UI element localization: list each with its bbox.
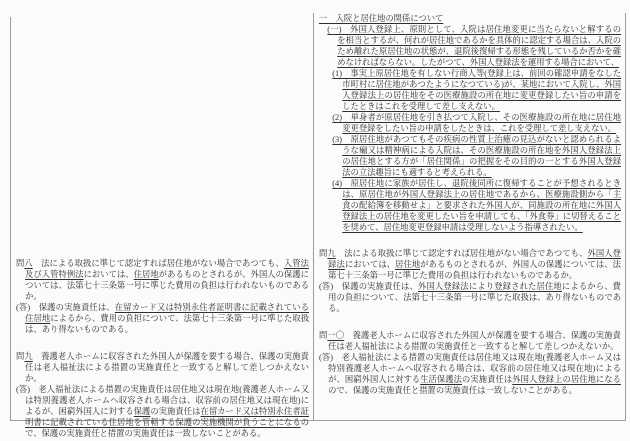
text-segment: 法による取扱に準じて認定すれば居住地がない場合であつても、 xyxy=(336,249,588,258)
answer-9-right: (答) 保護の実施責任は、外国人登録法により登録された居住地によるから、費用の負… xyxy=(319,281,621,314)
left-border-rule xyxy=(10,17,11,421)
question-9-left: 問九 養護老人ホームに収容された外国人が保護を要する場合、保護の実施責任は老人福… xyxy=(16,351,309,384)
answer-8: (答) 保護の実施責任は、在留カード又は特別永住者証明書に記載されている住居地に… xyxy=(16,302,309,335)
underlined-revision-text: 居住地 xyxy=(395,260,420,269)
underlined-revision-text: (2) 単身者が原居住地を引き払つて入院し、その医療施設の所在地に居住地変更登録… xyxy=(332,113,621,133)
underlined-revision-text: (1) 事実上原居住地を有しない行商人等(登録上は、前回の確認申請をなした市町村… xyxy=(332,69,621,111)
section-heading: 一 入院と居住地の関係について xyxy=(319,13,621,24)
item-3: (3) 原居住地があつてもその疾病の性質上治癒の見込がないと認められるような癩又… xyxy=(319,134,621,178)
item-2: (2) 単身者が原居住地を引き払つて入院し、その医療施設の所在地に居住地変更登録… xyxy=(319,112,621,134)
underlined-revision-text: 生活保護法 xyxy=(420,375,462,384)
item-4: (4) 原居住地に家族が居住し、退院後同所に復帰することが予想されるときは、原居… xyxy=(319,178,621,233)
item-ichi: (一) 外国人登録上、原則として、入院は居住地変更に当たらないと解するのを相当と… xyxy=(319,24,621,68)
text-segment: (答) 保護の実施責任は、 xyxy=(319,282,418,291)
text-segment: においては、 xyxy=(345,260,395,269)
underlined-revision-text: 外国人登録法により登録された居住地 xyxy=(418,282,562,291)
text-segment: においては、 xyxy=(84,270,134,279)
question-9-right: 問九 法による取扱に準じて認定すれば居住地がない場合であつても、外国人登録法にお… xyxy=(319,248,621,281)
text-segment: 法による取扱に準じて認定すれば居住地がない場合であつても、 xyxy=(33,259,284,268)
underlined-revision-text: 一 入院と居住地の関係について xyxy=(319,14,443,23)
underlined-revision-text: (一) 外国人登録上、原則として、入院は居住地変更に当たらないと解するのを相当と… xyxy=(327,25,621,67)
underlined-revision-text: 住居地 xyxy=(134,270,159,279)
text-segment: の実施責任は xyxy=(462,375,512,384)
item-1: (1) 事実上原居住地を有しない行商人等(登録上は、前回の確認申請をなした市町村… xyxy=(319,68,621,112)
right-column-content: 一 入院と居住地の関係について(一) 外国人登録上、原則として、入院は居住地変更… xyxy=(319,13,621,396)
underlined-revision-text: 一〇 xyxy=(327,331,344,340)
underlined-revision-text: (3) 原居住地があつてもその疾病の性質上治癒の見込がないと認められるような癩又… xyxy=(332,135,621,177)
answer-9-left: (答) 老人福祉法による措置の実施責任は居住地又は現在地(養護老人ホーム又は特別… xyxy=(16,384,309,439)
underlined-revision-text: 外国人登録上の居住地になる xyxy=(512,375,621,384)
question-10: 問一〇 養護老人ホームに収容された外国人が保護を要する場合、保護の実施責任は老人… xyxy=(319,330,621,352)
right-border-rule xyxy=(625,13,626,421)
scanned-page: 問八 法による取扱に準じて認定すれば居住地がない場合であつても、入管法及び入管特… xyxy=(0,0,630,441)
underlined-revision-text: 九 xyxy=(327,249,335,258)
text-segment: の実施責任は xyxy=(150,407,200,416)
underlined-revision-text: 保護 xyxy=(134,407,151,416)
question-8: 問八 法による取扱に準じて認定すれば居住地がない場合であつても、入管法及び入管特… xyxy=(16,258,309,302)
left-column-content: 問八 法による取扱に準じて認定すれば居住地がない場合であつても、入管法及び入管特… xyxy=(16,258,309,439)
underlined-revision-text: 八 xyxy=(24,259,32,268)
text-segment: ので、保護の実施責任と措置の実施責任は一致しないことがある。 xyxy=(328,386,577,395)
text-segment: によるから、費用の負担について、法第七十三条第一号に準じた取扱は、あり得ないもの… xyxy=(25,314,309,334)
text-segment: (答) 保護の実施責任は、 xyxy=(16,303,115,312)
column-divider-rule xyxy=(313,13,314,421)
text-segment: 養護老人ホームに収容された外国人が保護を要する場合、保護の実施責任は老人福祉法に… xyxy=(25,352,309,383)
underlined-revision-text: 九 xyxy=(24,352,32,361)
text-segment: 養護老人ホームに収容された外国人が保護を要する場合、保護の実施責任は老人福祉法に… xyxy=(328,331,621,351)
underlined-revision-text: (4) 原居住地に家族が居住し、退院後同所に復帰することが予想されるときは、原居… xyxy=(332,179,621,232)
answer-10: (答) 老人福祉法による措置の実施責任は居住地又は現在地(養護老人ホーム又は特別… xyxy=(319,352,621,396)
